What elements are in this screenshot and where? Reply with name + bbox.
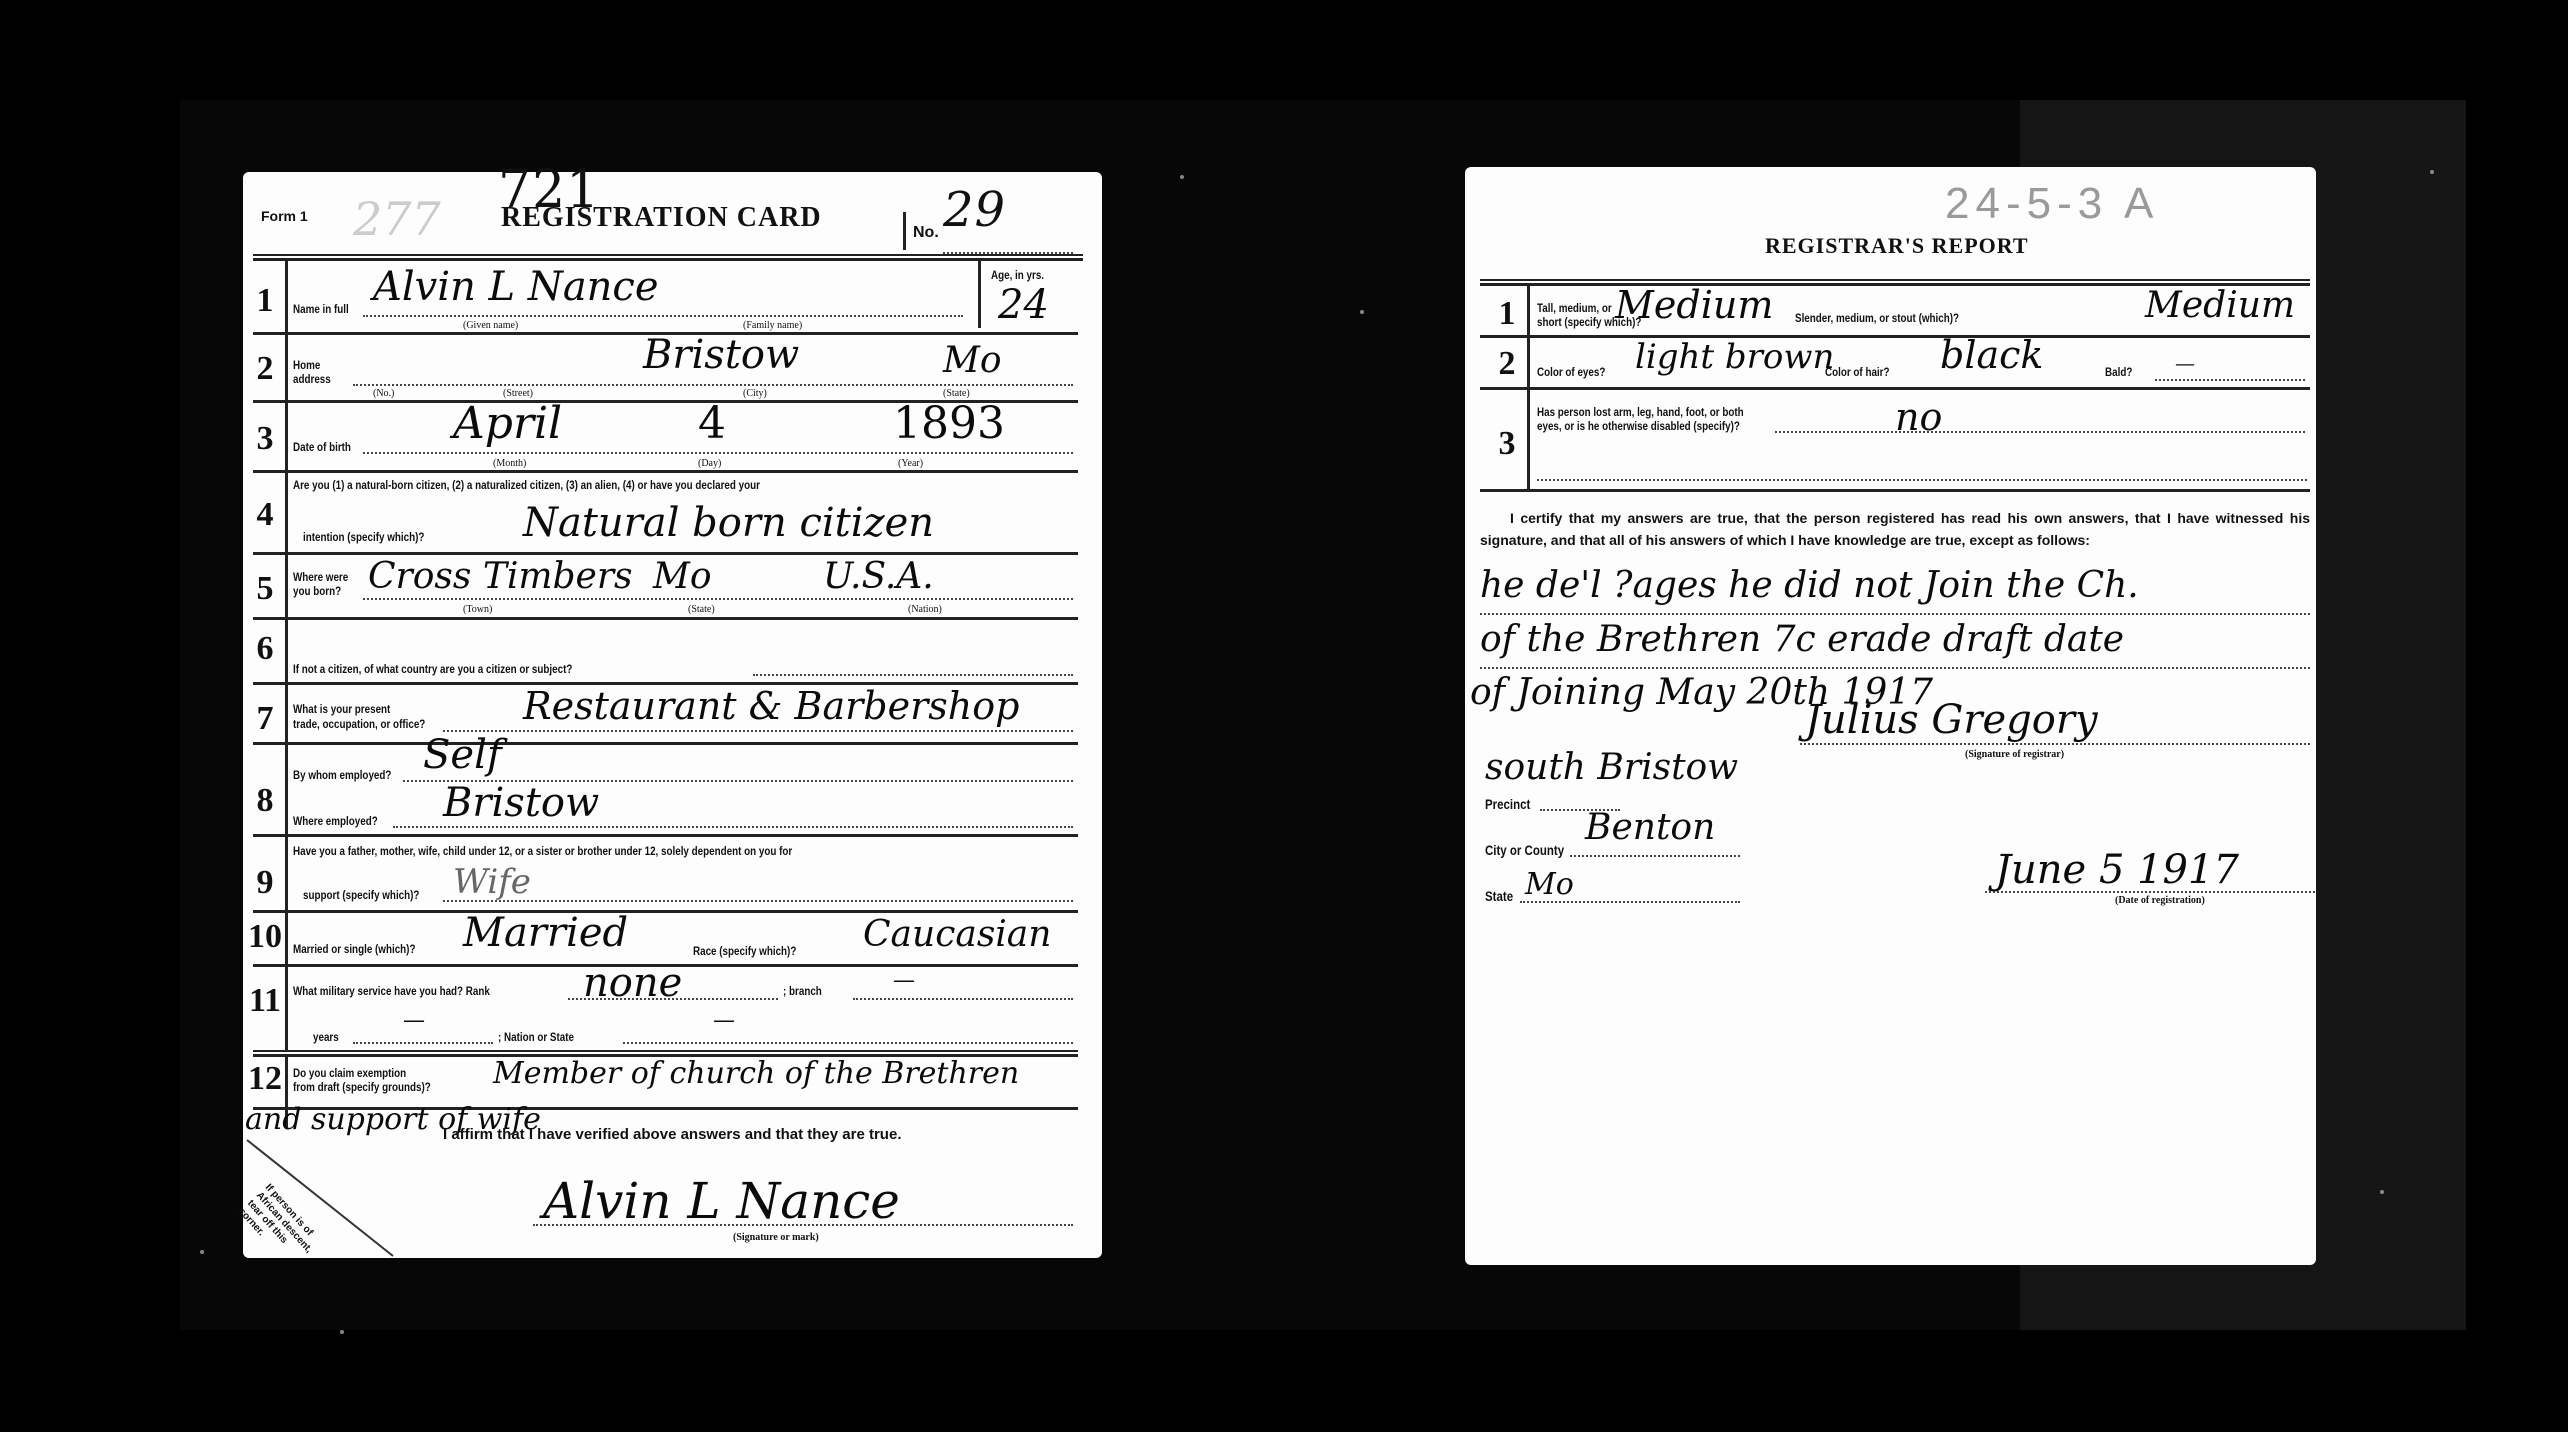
caption: (Nation): [908, 604, 942, 615]
exception-line: he de'l ?ages he did not Join the Ch.: [1480, 565, 2139, 606]
name-value: Alvin L Nance: [373, 264, 659, 310]
rule: [253, 834, 1078, 837]
signature-line: [1800, 743, 2310, 745]
marital-label: Married or single (which)?: [293, 942, 415, 956]
dotted-line: [853, 998, 1073, 1000]
rule: [253, 617, 1078, 620]
height-value: Medium: [1615, 283, 1773, 327]
number-value: 29: [943, 182, 1006, 238]
disability-value: no: [1895, 395, 1942, 439]
state-label: State: [1485, 889, 1513, 903]
bald-label: Bald?: [2105, 365, 2132, 379]
registrar-caption: (Signature of registrar): [1965, 749, 2064, 760]
card-title: REGISTRATION CARD: [501, 202, 822, 234]
dependents-value: Wife: [453, 862, 531, 902]
dotted-line: [753, 674, 1073, 676]
registration-card: Form 1 277 721 REGISTRATION CARD No. 29 …: [243, 172, 1102, 1258]
dotted-line: [363, 598, 1073, 600]
birthplace-label: you born?: [293, 584, 341, 598]
name-label: Name in full: [293, 302, 349, 316]
film-speck: [1180, 175, 1184, 179]
rule: [253, 552, 1078, 555]
registrant-signature: Alvin L Nance: [543, 1172, 900, 1230]
bald-value: —: [2175, 351, 2195, 375]
film-speck: [2380, 1190, 2384, 1194]
dotted-line: [1480, 667, 2310, 669]
dotted-line: [2155, 379, 2305, 381]
eye-color-label: Color of eyes?: [1537, 365, 1605, 379]
row-number: 6: [245, 630, 285, 668]
birthplace-town-value: Cross Timbers: [368, 556, 633, 597]
dotted-line: [1775, 431, 2305, 433]
row-number: 1: [1487, 295, 1527, 333]
row-number: 9: [245, 864, 285, 902]
citizenship-label: intention (specify which)?: [303, 530, 424, 544]
age-value: 24: [998, 282, 1049, 328]
dotted-line: [353, 384, 1073, 386]
row-number: 1: [245, 282, 285, 320]
dotted-line: [568, 998, 778, 1000]
caption: (Family name): [743, 320, 802, 331]
divider: [903, 212, 906, 250]
dotted-line: [353, 1042, 493, 1044]
row-number: 3: [245, 420, 285, 458]
registrar-signature: Julius Gregory: [1805, 697, 2098, 743]
age-label: Age, in yrs.: [991, 268, 1044, 282]
dependents-label: support (specify which)?: [303, 888, 419, 902]
dotted-line: [443, 900, 1073, 902]
dotted-line: [623, 1042, 1073, 1044]
affirmation-text: I affirm that I have verified above answ…: [443, 1124, 901, 1146]
dob-month-value: April: [453, 398, 562, 449]
exemption-value: Member of church of the Brethren: [493, 1056, 1019, 1091]
dotted-line: [1537, 479, 2307, 481]
branch-value: —: [893, 968, 915, 993]
dob-day-value: 4: [698, 398, 726, 449]
city-county-label: City or County: [1485, 843, 1564, 857]
years-value: —: [403, 1008, 425, 1033]
form-label: Form 1: [261, 208, 308, 224]
film-speck: [1360, 310, 1364, 314]
race-value: Caucasian: [863, 914, 1051, 955]
divider: [978, 258, 981, 328]
row-number: 11: [245, 982, 285, 1020]
rule: [1480, 489, 2310, 492]
nation-state-value: —: [713, 1008, 735, 1033]
hair-color-value: black: [1940, 333, 2043, 377]
registration-date-caption: (Date of registration): [2115, 895, 2205, 906]
city-county-value: Benton: [1585, 807, 1715, 848]
caption: (Town): [463, 604, 492, 615]
branch-label: ; branch: [783, 984, 822, 998]
dotted-line: [363, 452, 1073, 454]
row-number-rule: [285, 258, 288, 1128]
employer-value: Self: [423, 732, 502, 778]
dotted-line: [363, 315, 963, 317]
dotted-line: [1985, 891, 2315, 893]
occupation-label: trade, occupation, or office?: [293, 717, 425, 731]
precinct-value: south Bristow: [1485, 747, 1738, 788]
address-label: address: [293, 372, 331, 386]
years-label: years: [313, 1030, 339, 1044]
work-location-label: Where employed?: [293, 814, 378, 828]
signature-line: [533, 1224, 1073, 1226]
marital-value: Married: [463, 910, 628, 956]
birthplace-nation-value: U.S.A.: [823, 556, 934, 597]
row-number: 2: [245, 350, 285, 388]
exception-line: of the Brethren 7c erade draft date: [1480, 619, 2124, 660]
stamp-number: 24-5-3 A: [1945, 179, 2159, 229]
row-number: 8: [245, 782, 285, 820]
caption: (State): [688, 604, 715, 615]
disability-label: Has person lost arm, leg, hand, foot, or…: [1537, 405, 1744, 419]
row-number: 4: [245, 496, 285, 534]
caption: (No.): [373, 388, 394, 399]
rule: [253, 470, 1078, 473]
report-title: REGISTRAR'S REPORT: [1765, 233, 2029, 259]
build-label: Slender, medium, or stout (which)?: [1795, 311, 1959, 325]
dotted-line: [1520, 901, 1740, 903]
signature-caption: (Signature or mark): [733, 1232, 819, 1243]
precinct-label: Precinct: [1485, 797, 1530, 811]
caption: (City): [743, 388, 767, 399]
rule: [253, 742, 1078, 745]
faint-stamp: 277: [353, 192, 441, 246]
rule: [1480, 335, 2310, 338]
address-label: Home: [293, 358, 320, 372]
number-label: No.: [913, 224, 939, 242]
dotted-line: [1570, 855, 1740, 857]
build-value: Medium: [2145, 285, 2295, 326]
film-speck: [200, 1250, 204, 1254]
row-number: 7: [245, 700, 285, 738]
dependents-question: Have you a father, mother, wife, child u…: [293, 844, 792, 858]
employer-label: By whom employed?: [293, 768, 391, 782]
eye-color-value: light brown: [1635, 337, 1834, 377]
nation-state-label: ; Nation or State: [498, 1030, 574, 1044]
film-speck: [340, 1330, 344, 1334]
exemption-label: Do you claim exemption: [293, 1066, 406, 1080]
birthplace-state-value: Mo: [653, 556, 712, 597]
exemption-label: from draft (specify grounds)?: [293, 1080, 431, 1094]
birthplace-label: Where were: [293, 570, 348, 584]
registration-date-value: June 5 1917: [1995, 847, 2239, 893]
address-city-value: Bristow: [643, 332, 799, 378]
caption: (Given name): [463, 320, 518, 331]
height-label: Tall, medium, or: [1537, 301, 1612, 315]
citizenship-question: Are you (1) a natural-born citizen, (2) …: [293, 478, 760, 492]
caption: (Month): [493, 458, 526, 469]
dotted-line: [1480, 613, 2310, 615]
hair-color-label: Color of hair?: [1825, 365, 1890, 379]
rule: [253, 254, 1083, 261]
occupation-value: Restaurant & Barbershop: [523, 684, 1019, 728]
race-label: Race (specify which)?: [693, 944, 796, 958]
work-location-value: Bristow: [443, 780, 599, 826]
registrars-report-card: 24-5-3 A REGISTRAR'S REPORT 1 Tall, medi…: [1465, 167, 2316, 1265]
row-number: 10: [245, 918, 285, 956]
military-service-label: What military service have you had? Rank: [293, 984, 490, 998]
row-number: 5: [245, 570, 285, 608]
dob-year-value: 1893: [893, 398, 1005, 449]
state-value: Mo: [1525, 867, 1574, 902]
caption: (Day): [698, 458, 721, 469]
caption: (Year): [898, 458, 923, 469]
certification-text: I certify that my answers are true, that…: [1480, 507, 2310, 551]
rule: [1480, 387, 2310, 390]
occupation-label: What is your present: [293, 702, 390, 716]
dotted-line: [393, 826, 1073, 828]
row-number: 2: [1487, 345, 1527, 383]
rule: [253, 910, 1078, 913]
row-number: 12: [245, 1060, 285, 1098]
foreign-citizen-label: If not a citizen, of what country are yo…: [293, 662, 572, 676]
disability-label: eyes, or is he otherwise disabled (speci…: [1537, 419, 1740, 433]
row-number: 3: [1487, 425, 1527, 463]
dotted-line: [443, 730, 1073, 732]
film-speck: [2430, 170, 2434, 174]
citizenship-value: Natural born citizen: [523, 500, 934, 546]
address-state-value: Mo: [943, 340, 1002, 381]
dob-label: Date of birth: [293, 440, 351, 454]
